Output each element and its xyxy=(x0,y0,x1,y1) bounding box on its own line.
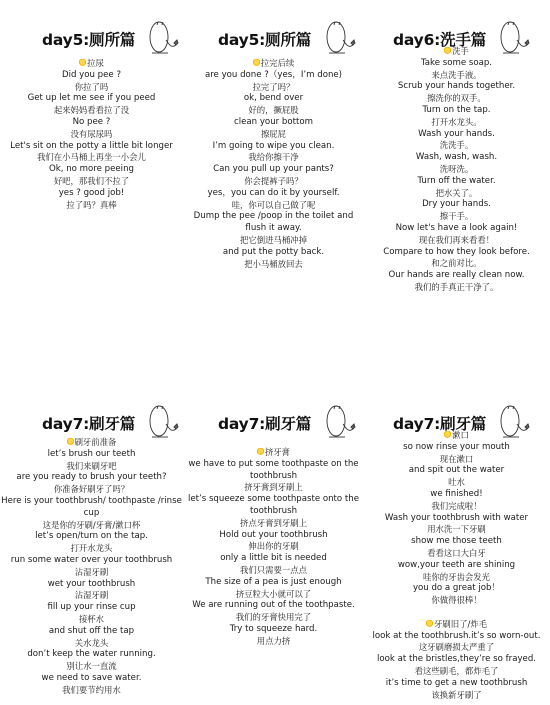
text-line: 洗呀洗。 xyxy=(365,164,548,176)
lightbulb-icon xyxy=(253,59,260,67)
text-line: Now let's have a look again! xyxy=(365,223,548,235)
section-label: 洗手 xyxy=(452,46,469,56)
text-line: 牙刷旧了/炸毛 xyxy=(365,619,548,631)
text-line: so now rinse your mouth xyxy=(365,442,548,454)
text-line: cup xyxy=(0,508,183,520)
card-title: day5:厕所篇 xyxy=(42,28,135,50)
text-line: 伸出你的牙刷 xyxy=(182,541,365,553)
text-line: 我们只需要一点点 xyxy=(182,565,365,577)
text-line: 哇，你可以自己做了呢 xyxy=(182,200,365,212)
text-line: it’s time to get a new toothbrush xyxy=(365,678,548,690)
text-line: 这是你的牙刷/牙膏/漱口杯 xyxy=(0,520,183,532)
text-line: Get up let me see if you peed xyxy=(0,93,183,105)
text-line: 擦干手。 xyxy=(365,211,548,223)
section-heading: 拉尿 xyxy=(0,58,183,70)
section-heading: 拉完后续 xyxy=(182,58,365,70)
section-label: 挤牙膏 xyxy=(265,447,290,457)
text-line: clean your bottom xyxy=(182,117,365,129)
text-line: wet your toothbrush xyxy=(0,579,183,591)
card-header: day5:厕所篇 xyxy=(182,0,365,40)
text-line: yes ? good job! xyxy=(0,188,183,200)
card-lines: 拉完后续are you done ?（yes，I’m done)拉完了吗？ok,… xyxy=(182,58,365,270)
text-line: 看看这口大白牙 xyxy=(365,548,548,560)
section-heading: 洗手 xyxy=(365,46,548,58)
text-line: Turn on the tap. xyxy=(365,105,548,117)
text-line: 现在漱口 xyxy=(365,454,548,466)
text-line: 这牙刷磨损太严重了 xyxy=(365,642,548,654)
lightbulb-icon xyxy=(444,431,451,439)
text-line: Did you pee ? xyxy=(0,70,183,82)
text-line: 你做得很棒！ xyxy=(365,595,548,607)
text-line: let’s squeeze some toothpaste onto the xyxy=(182,494,365,506)
lightbulb-icon xyxy=(444,47,451,55)
text-line: 我们在小马桶上再坐一小会儿 xyxy=(0,152,183,164)
section-label: 漱口 xyxy=(452,430,469,440)
lightbulb-icon xyxy=(257,448,264,456)
egg-mascot-icon xyxy=(146,402,180,442)
text-line: 沾湿牙刷 xyxy=(0,590,183,602)
card-title: day5:厕所篇 xyxy=(218,28,311,50)
text-line: 我们的牙膏快用完了 xyxy=(182,612,365,624)
text-line: and put the potty back. xyxy=(182,247,365,259)
text-line: 你拉了吗 xyxy=(0,82,183,94)
text-line: 我们来刷牙吧 xyxy=(0,461,183,473)
card-day7-toothpaste: day7:刷牙篇 挤牙膏we have to put some toothpas… xyxy=(182,384,365,424)
text-line: We are running out of the toothpaste. xyxy=(182,600,365,612)
text-line: 我们的手真正干净了。 xyxy=(365,282,548,294)
section-heading: 挤牙膏 xyxy=(182,447,365,459)
text-line: Try to squeeze hard. xyxy=(182,624,365,636)
text-line: Dump the pee /poop in the toilet and xyxy=(182,211,365,223)
text-line: look at the bristles,they’re so frayed. xyxy=(365,654,548,666)
text-line: 别让水一直流 xyxy=(0,661,183,673)
text-line: 用水洗一下牙刷 xyxy=(365,524,548,536)
text-line: Dry your hands. xyxy=(365,199,548,211)
text-line: Hold out your toothbrush xyxy=(182,530,365,542)
text-line: 挤点牙膏到牙刷上 xyxy=(182,518,365,530)
text-line: are you done ?（yes，I’m done) xyxy=(182,70,365,82)
text-line: 起来妈妈看看拉了没 xyxy=(0,105,183,117)
card-header: day5:厕所篇 xyxy=(0,0,183,40)
text-line: 洗洗手。 xyxy=(365,140,548,152)
text-line: Wash, wash, wash. xyxy=(365,152,548,164)
card-day7-rinse: day7:刷牙篇 漱口so now rinse your mouth现在漱口an… xyxy=(365,384,548,424)
egg-mascot-icon xyxy=(323,402,357,442)
text-line: Compare to how they look before. xyxy=(365,247,548,259)
text-line: 擦洗你的双手。 xyxy=(365,93,548,105)
lightbulb-icon xyxy=(67,438,74,446)
text-line: Ok, no more peeing xyxy=(0,164,183,176)
text-line: show me those teeth xyxy=(365,536,548,548)
section-heading: 刷牙前准备 xyxy=(0,437,183,449)
text-line: 我给你擦干净 xyxy=(182,152,365,164)
text-line: 拉了吗？真棒 xyxy=(0,200,183,212)
text-line: I’m going to wipe you clean. xyxy=(182,141,365,153)
text-line: 好吧，那我们不拉了 xyxy=(0,176,183,188)
text-line: 挤牙膏到牙刷上 xyxy=(182,482,365,494)
text-line: fill up your rinse cup xyxy=(0,602,183,614)
text-line: toothbrush xyxy=(182,506,365,518)
lightbulb-icon xyxy=(426,620,433,628)
card-title: day7:刷牙篇 xyxy=(42,412,135,434)
card-header: day7:刷牙篇 xyxy=(182,384,365,424)
card-header: day6:洗手篇 xyxy=(365,0,548,40)
text-line: run some water over your toothbrush xyxy=(0,555,183,567)
text-line: we need to save water. xyxy=(0,673,183,685)
section-label: 拉尿 xyxy=(87,58,104,68)
egg-mascot-icon xyxy=(323,18,357,58)
text-line: 你准备好刷牙了吗？ xyxy=(0,484,183,496)
text-line: Let's sit on the potty a little bit long… xyxy=(0,141,183,153)
text-line: 看这些刷毛，都炸毛了 xyxy=(365,666,548,678)
text-line: don’t keep the water running. xyxy=(0,649,183,661)
text-line: 你会提裤子吗？ xyxy=(182,176,365,188)
card-day5-toilet-after: day5:厕所篇 拉完后续are you done ?（yes，I’m done… xyxy=(182,0,365,40)
text-line: 挤豆粒大小就可以了 xyxy=(182,589,365,601)
text-line: 打开水龙头。 xyxy=(365,117,548,129)
text-line: 擦屁屁 xyxy=(182,129,365,141)
text-line: 哇你的牙齿会发光 xyxy=(365,572,548,584)
card-header: day7:刷牙篇 xyxy=(0,384,183,424)
text-line: 接杯水 xyxy=(0,614,183,626)
text-line: and shut off the tap xyxy=(0,626,183,638)
text-line: Turn off the water. xyxy=(365,176,548,188)
text-line: and spit out the water xyxy=(365,465,548,477)
text-line: let’s brush our teeth xyxy=(0,449,183,461)
text-line: 来点洗手液。 xyxy=(365,70,548,82)
text-line: let’s open/turn on the tap. xyxy=(0,531,183,543)
card-lines: 漱口so now rinse your mouth现在漱口and spit ou… xyxy=(365,430,548,701)
text-line: we have to put some toothpaste on the xyxy=(182,459,365,471)
text-line: 把水关了。 xyxy=(365,188,548,200)
text-line: Take some soap. xyxy=(365,58,548,70)
text-line: 用点力挤 xyxy=(182,636,365,648)
text-line: are you ready to brush your teeth? xyxy=(0,472,183,484)
text-line: 吐水 xyxy=(365,477,548,489)
section-label: 拉完后续 xyxy=(261,58,295,68)
text-line: 把小马桶放回去 xyxy=(182,259,365,271)
text-line: Wash your toothbrush with water xyxy=(365,513,548,525)
text-line: 我们要节约用水 xyxy=(0,685,183,697)
text-line: Wash your hands. xyxy=(365,129,548,141)
section-label: 刷牙前准备 xyxy=(75,437,117,447)
text-line: The size of a pea is just enough xyxy=(182,577,365,589)
text-line: 我们完成啦！ xyxy=(365,501,548,513)
text-line: you do a great job！ xyxy=(365,583,548,595)
section-label: 牙刷旧了/炸毛 xyxy=(434,619,487,629)
text-line: 好的，撅屁股 xyxy=(182,105,365,117)
text-line: wow,your teeth are shining xyxy=(365,560,548,572)
text-line: toothbrush xyxy=(182,471,365,483)
text-line: 现在我们再来看看！ xyxy=(365,235,548,247)
card-lines: 挤牙膏we have to put some toothpaste on the… xyxy=(182,447,365,648)
text-line: only a little bit is needed xyxy=(182,553,365,565)
text-line: 打开水龙头 xyxy=(0,543,183,555)
text-line: ok, bend over xyxy=(182,93,365,105)
egg-mascot-icon xyxy=(146,18,180,58)
text-line: 没有尿尿吗 xyxy=(0,129,183,141)
card-day5-toilet-pee: day5:厕所篇 拉尿Did you pee ?你拉了吗Get up let m… xyxy=(0,0,183,40)
text-line: look at the toothbrush.it’s so worn-out. xyxy=(365,631,548,643)
text-line: 拉完了吗？ xyxy=(182,82,365,94)
text-line: 沾湿牙刷 xyxy=(0,567,183,579)
text-line: Scrub your hands together. xyxy=(365,81,548,93)
text-line: yes，you can do it by yourself. xyxy=(182,188,365,200)
card-title: day7:刷牙篇 xyxy=(218,412,311,434)
text-line: Can you pull up your pants? xyxy=(182,164,365,176)
lightbulb-icon xyxy=(79,59,86,67)
text-line: 和之前对比。 xyxy=(365,258,548,270)
card-day7-brush-prep: day7:刷牙篇 刷牙前准备let’s brush our teeth我们来刷牙… xyxy=(0,384,183,424)
text-line: Here is your toothbrush/ toothpaste /rin… xyxy=(0,496,183,508)
card-lines: 拉尿Did you pee ?你拉了吗Get up let me see if … xyxy=(0,58,183,211)
text-line xyxy=(365,607,548,619)
text-line: No pee ? xyxy=(0,117,183,129)
card-lines: 洗手Take some soap.来点洗手液。Scrub your hands … xyxy=(365,46,548,294)
text-line: flush it away. xyxy=(182,223,365,235)
card-header: day7:刷牙篇 xyxy=(365,384,548,424)
text-line: 该换新牙刷了 xyxy=(365,690,548,702)
text-line: Our hands are really clean now. xyxy=(365,270,548,282)
card-day6-handwash: day6:洗手篇 洗手Take some soap.来点洗手液。Scrub yo… xyxy=(365,0,548,40)
text-line: we finished! xyxy=(365,489,548,501)
text-line: 关水龙头 xyxy=(0,638,183,650)
text-line: 把它倒进马桶冲掉 xyxy=(182,235,365,247)
section-heading: 漱口 xyxy=(365,430,548,442)
card-lines: 刷牙前准备let’s brush our teeth我们来刷牙吧are you … xyxy=(0,437,183,697)
